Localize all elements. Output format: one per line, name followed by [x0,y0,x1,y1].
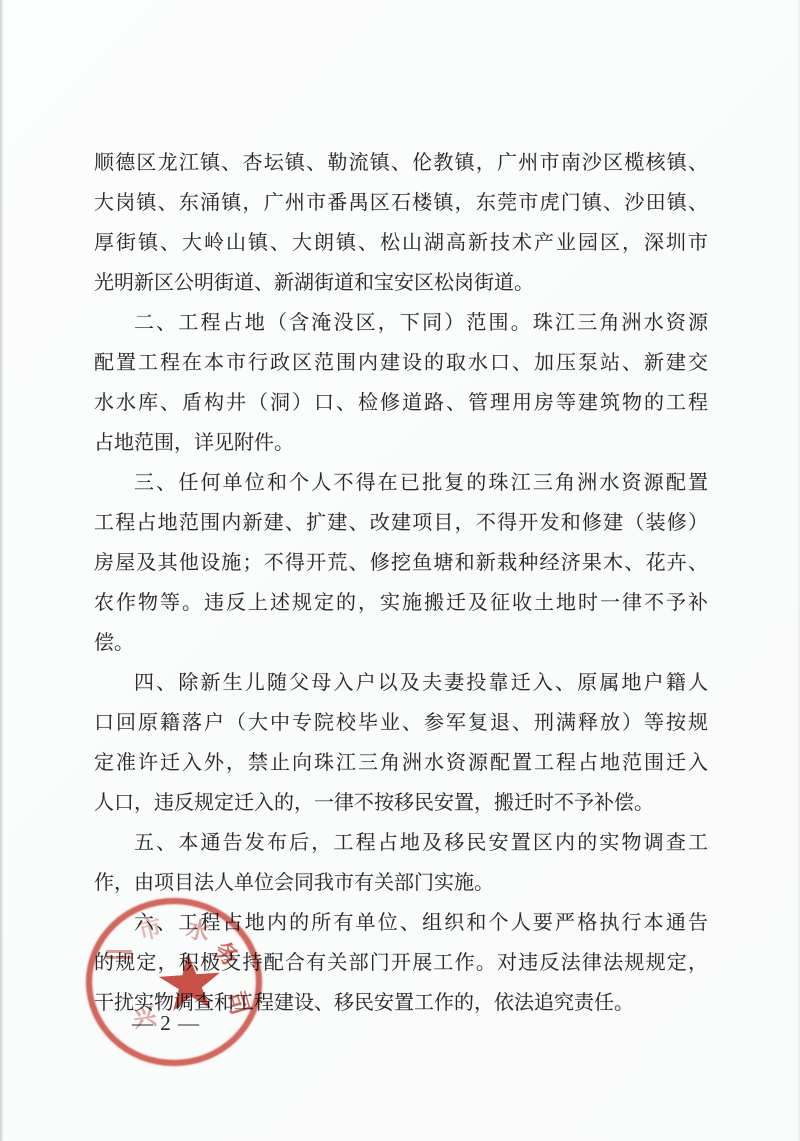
text-line: 口回原籍落户（大中专院校毕业、参军复退、刑满释放）等按规 [94,703,708,743]
text-line: 的规定，积极支持配合有关部门开展工作。对违反法律法规规定， [94,943,708,983]
text-line: 六、工程占地内的所有单位、组织和个人要严格执行本通告 [94,903,708,943]
document-page: 顺德区龙江镇、杏坛镇、勒流镇、伦教镇，广州市南沙区榄核镇、 大岗镇、东涌镇，广州… [0,0,800,1141]
text-line: 房屋及其他设施；不得开荒、修挖鱼塘和新栽种经济果木、花卉、 [94,543,708,583]
scan-edge-left [0,0,4,1141]
text-line: 厚街镇、大岭山镇、大朗镇、松山湖高新技术产业园区，深圳市 [94,223,708,263]
page-number: — 2 — [132,1011,200,1036]
text-line: 偿。 [94,623,708,663]
text-line: 农作物等。违反上述规定的，实施搬迁及征收土地时一律不予补 [94,583,708,623]
text-line: 四、除新生儿随父母入户以及夫妻投靠迁入、原属地户籍人 [94,663,708,703]
text-line: 配置工程在本市行政区范围内建设的取水口、加压泵站、新建交 [94,343,708,383]
text-line: 三、任何单位和个人不得在已批复的珠江三角洲水资源配置 [94,463,708,503]
text-line: 工程占地范围内新建、扩建、改建项目，不得开发和修建（装修） [94,503,708,543]
text-line: 顺德区龙江镇、杏坛镇、勒流镇、伦教镇，广州市南沙区榄核镇、 [94,143,708,183]
text-line: 二、工程占地（含淹没区，下同）范围。珠江三角洲水资源 [94,303,708,343]
notice-body: 顺德区龙江镇、杏坛镇、勒流镇、伦教镇，广州市南沙区榄核镇、 大岗镇、东涌镇，广州… [94,143,708,1023]
text-line: 作，由项目法人单位会同我市有关部门实施。 [94,863,708,903]
text-line: 五、本通告发布后，工程占地及移民安置区内的实物调查工 [94,823,708,863]
text-line: 水水库、盾构井（洞）口、检修道路、管理用房等建筑物的工程 [94,383,708,423]
text-line: 人口，违反规定迁入的，一律不按移民安置，搬迁时不予补偿。 [94,783,708,823]
text-line: 定准许迁入外，禁止向珠江三角洲水资源配置工程占地范围迁入 [94,743,708,783]
text-line: 大岗镇、东涌镇，广州市番禺区石楼镇，东莞市虎门镇、沙田镇、 [94,183,708,223]
text-line: 光明新区公明街道、新湖街道和宝安区松岗街道。 [94,263,708,303]
text-line: 占地范围，详见附件。 [94,423,708,463]
